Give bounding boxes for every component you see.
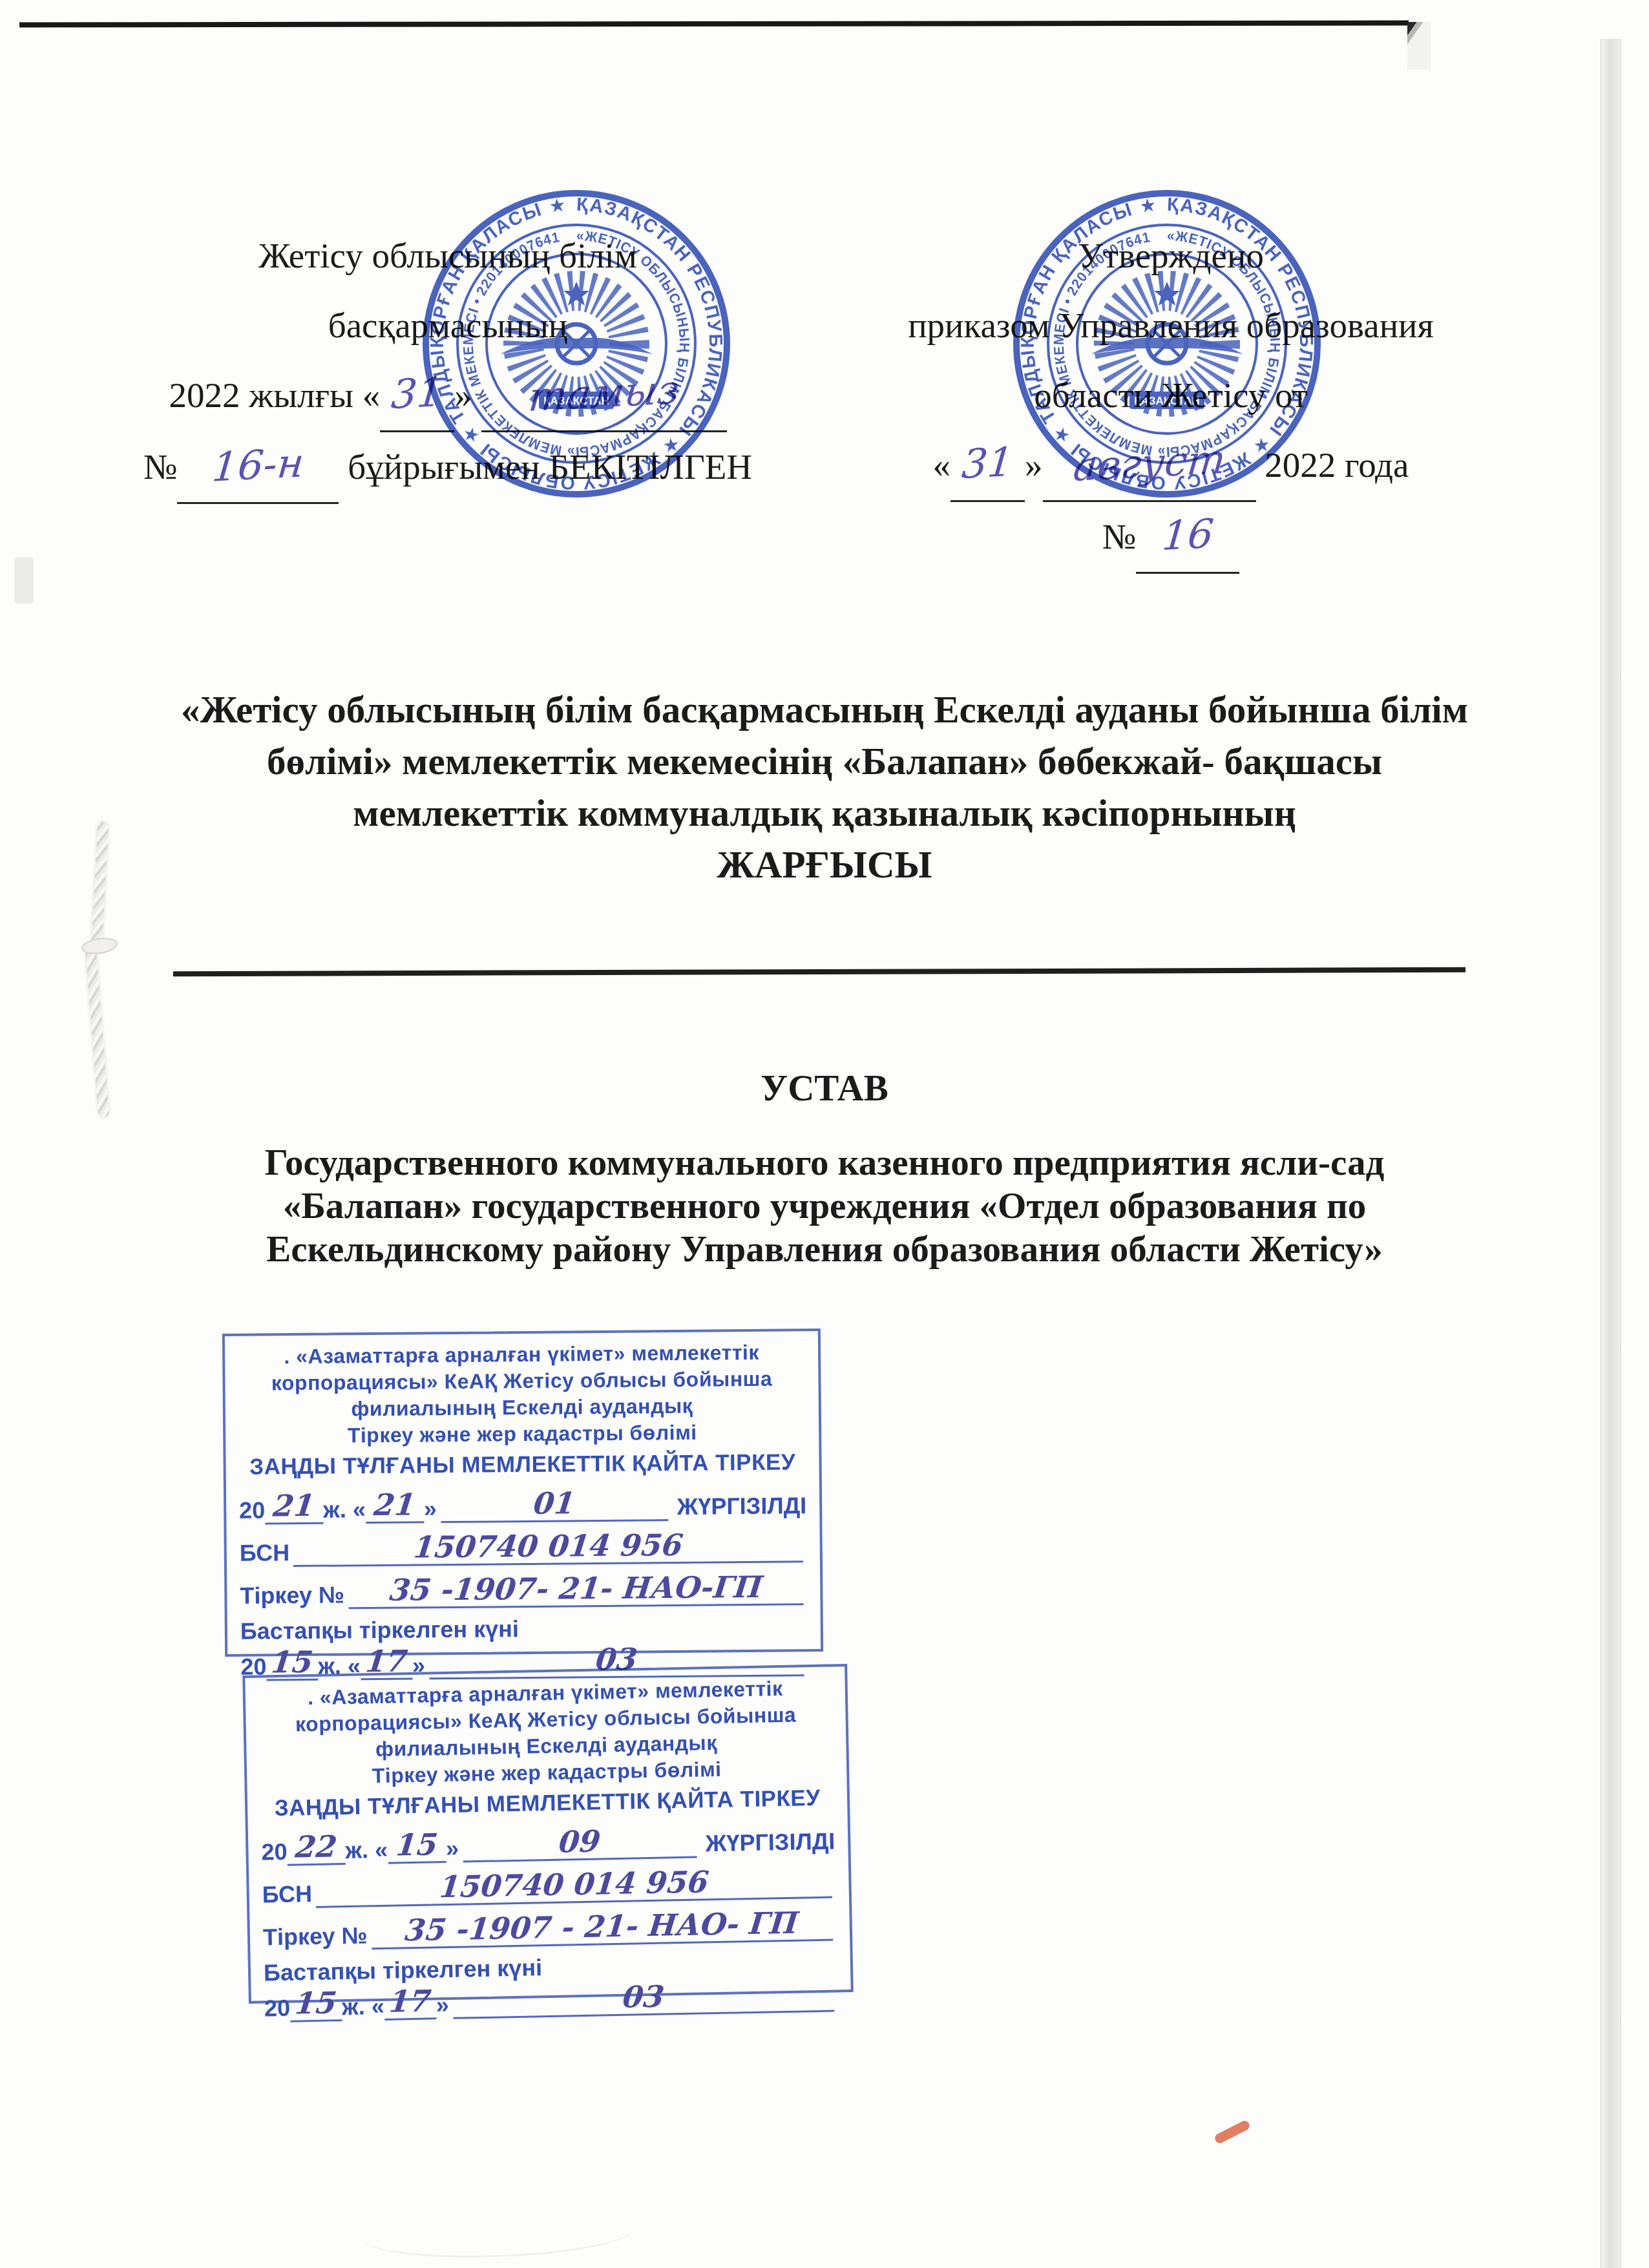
stamp1-handwritten-year: 21 bbox=[272, 1491, 317, 1521]
stamp2-bsn-blank: 150740 014 956 bbox=[316, 1865, 832, 1908]
approval-kz-number-sign: № bbox=[143, 447, 177, 487]
stamp1-reg-row: Тіркеу №35 -1907- 21- НАО-ГП bbox=[240, 1571, 807, 1610]
title-line1: «Жетісу облысының білім басқармасының Ес… bbox=[68, 684, 1581, 735]
stamp2-first-month-blank: 03 bbox=[452, 1979, 834, 2019]
stamp1-quote-close: » bbox=[424, 1495, 437, 1523]
approval-ru-line5: №16 bbox=[828, 502, 1513, 574]
stamp2-handwritten-first-day: 17 bbox=[388, 1986, 432, 2016]
handwritten-order-number-ru: 16 bbox=[1161, 514, 1215, 556]
stamp2-year-blank: 22 bbox=[287, 1831, 346, 1866]
scan-smudge bbox=[14, 557, 34, 604]
stamp1-handwritten-reg: 35 -1907- 21- НАО-ГП bbox=[388, 1572, 764, 1605]
stamp2-handwritten-first-year: 15 bbox=[294, 1988, 339, 2018]
stamp2-handwritten-year: 22 bbox=[294, 1831, 339, 1862]
scan-wisp bbox=[361, 2205, 634, 2262]
handwritten-day-ru: 31 bbox=[960, 442, 1015, 485]
charter-title-russian: УСТАВ Государственного коммунального каз… bbox=[68, 1066, 1581, 1271]
stamp2-handwritten-bsn: 150740 014 956 bbox=[438, 1867, 710, 1902]
registration-stamp-2022: . «Азаматтарға арналған үкімет» мемлекет… bbox=[242, 1664, 854, 2004]
stamp2-quote-close: » bbox=[446, 1834, 459, 1863]
stamp2-first-day-blank: 17 bbox=[384, 1986, 436, 2021]
title-line3: мемлекеттік коммуналдық қазыналық кәсіпо… bbox=[68, 787, 1581, 839]
stamp2-handwritten-first-month: 03 bbox=[621, 1982, 666, 2012]
emblem-star-icon bbox=[1154, 282, 1180, 306]
ustav-line1: Государственного коммунального казенного… bbox=[68, 1141, 1581, 1184]
approval-ru-number-sign: № bbox=[1102, 517, 1136, 556]
stamp2-bsn-label: БСН bbox=[262, 1880, 312, 1909]
round-official-stamp-right: ҚАЗАҚСТАН ҚАЗАҚСТАН РЕСПУБЛИКАСЫ ★ ЖЕТІС… bbox=[1012, 189, 1322, 499]
stamp1-reg-blank: 35 -1907- 21- НАО-ГП bbox=[348, 1571, 804, 1609]
approval-kz-number-blank: 16-н bbox=[177, 432, 339, 504]
stamp1-handwritten-first-day: 17 bbox=[364, 1646, 408, 1677]
stamp1-handwritten-month: 01 bbox=[532, 1488, 576, 1518]
stamp1-header4: Тіркеу және жер кадастры бөлімі bbox=[238, 1418, 806, 1450]
emblem-star-icon bbox=[563, 282, 589, 306]
stamp2-date-row: 2022ж. «15»09ЖҮРГІЗІЛДІ bbox=[261, 1822, 835, 1866]
title-line4-zhargysy: ЖАРҒЫСЫ bbox=[68, 839, 1581, 890]
stamp1-month-blank: 01 bbox=[441, 1487, 668, 1523]
emblem-banner-text: ҚАЗАҚСТАН bbox=[1134, 395, 1200, 407]
emblem-banner-text: ҚАЗАҚСТАН bbox=[543, 395, 609, 407]
stamp1-title: ЗАҢДЫ ТҰЛҒАНЫ МЕМЛЕКЕТТІК ҚАЙТА ТІРКЕУ bbox=[238, 1447, 806, 1482]
stamp1-first-reg-label: Бастапқы тіркелген күні bbox=[240, 1613, 808, 1645]
stamp1-year-prefix: 20 bbox=[239, 1496, 265, 1524]
page-right-edge bbox=[1601, 39, 1621, 2268]
stamp2-first-zh-label: ж. « bbox=[342, 1992, 384, 2021]
stamp1-header2: корпорациясы» КеАҚ Жетісу облысы бойынша bbox=[238, 1365, 805, 1397]
approval-ru-quote-open: « bbox=[933, 445, 951, 485]
stamp1-bsn-blank: 150740 014 956 bbox=[293, 1529, 803, 1567]
title-line2: бөлімі» мемлекеттік мекемесінің «Балапан… bbox=[68, 735, 1581, 787]
handwritten-order-number: 16-н bbox=[211, 443, 306, 487]
stamp1-day-blank: 21 bbox=[366, 1489, 424, 1524]
stamp2-zh-label: ж. « bbox=[345, 1836, 388, 1865]
ustav-heading: УСТАВ bbox=[68, 1066, 1581, 1111]
registration-stamp-2021: . «Азаматтарға арналған үкімет» мемлекет… bbox=[222, 1328, 823, 1657]
horizontal-divider-line bbox=[173, 967, 1465, 976]
stamp1-zh-label: ж. « bbox=[323, 1495, 366, 1524]
red-pen-mark bbox=[1213, 2119, 1251, 2145]
stamp1-handwritten-first-year: 15 bbox=[270, 1647, 315, 1677]
stamp2-handwritten-reg: 35 -1907 - 21- НАО- ГП bbox=[404, 1908, 800, 1946]
stamp2-first-year-blank: 15 bbox=[290, 1988, 342, 2022]
stamp2-day-blank: 15 bbox=[387, 1829, 446, 1864]
ustav-line3: Ескельдинскому району Управления образов… bbox=[68, 1228, 1581, 1271]
stamp2-reg-label: Тіркеу № bbox=[263, 1921, 368, 1951]
stamp2-handwritten-day: 15 bbox=[395, 1829, 439, 1860]
stamp2-done-label: ЖҮРГІЗІЛДІ bbox=[705, 1827, 835, 1858]
charter-title-kazakh: «Жетісу облысының білім басқармасының Ес… bbox=[68, 684, 1581, 890]
approval-ru-number-blank: 16 bbox=[1136, 502, 1239, 574]
round-official-stamp-left: ҚАЗАҚСТАН ҚАЗАҚСТАН РЕСПУБЛИКАСЫ ★ ЖЕТІС… bbox=[421, 189, 731, 499]
stamp1-handwritten-bsn: 150740 014 956 bbox=[412, 1530, 684, 1562]
stamp2-year-prefix: 20 bbox=[261, 1838, 288, 1867]
scanned-charter-page: { "approval_left": { "line1": "Жетісу об… bbox=[0, 0, 1649, 2268]
stamp1-done-label: ЖҮРГІЗІЛДІ bbox=[677, 1491, 807, 1521]
stamp2-handwritten-month: 09 bbox=[557, 1826, 602, 1856]
stamp1-date-row: 2021ж. «21»01ЖҮРГІЗІЛДІ bbox=[239, 1486, 806, 1525]
stamp2-reg-blank: 35 -1907 - 21- НАО- ГП bbox=[371, 1907, 833, 1950]
approval-kz-date-prefix: 2022 жылғы « bbox=[169, 375, 380, 415]
stamp2-first-year-prefix: 20 bbox=[264, 1994, 291, 2023]
stamp1-bsn-row: БСН150740 014 956 bbox=[240, 1529, 807, 1568]
stamp1-reg-label: Тіркеу № bbox=[240, 1580, 344, 1610]
stamp2-first-quote-close: » bbox=[436, 1991, 449, 2019]
stamp2-reg-row: Тіркеу №35 -1907 - 21- НАО- ГП bbox=[262, 1907, 837, 1951]
stamp1-year-blank: 21 bbox=[265, 1491, 323, 1525]
stamp1-bsn-label: БСН bbox=[240, 1538, 290, 1568]
page-corner-fold bbox=[1407, 22, 1431, 70]
stamp2-bsn-row: БСН150740 014 956 bbox=[262, 1864, 836, 1909]
page-top-edge-line bbox=[19, 20, 1409, 27]
stamp1-handwritten-day: 21 bbox=[372, 1489, 417, 1520]
ustav-line2: «Балапан» государственного учреждения «О… bbox=[68, 1184, 1581, 1228]
stamp2-month-blank: 09 bbox=[462, 1825, 697, 1863]
